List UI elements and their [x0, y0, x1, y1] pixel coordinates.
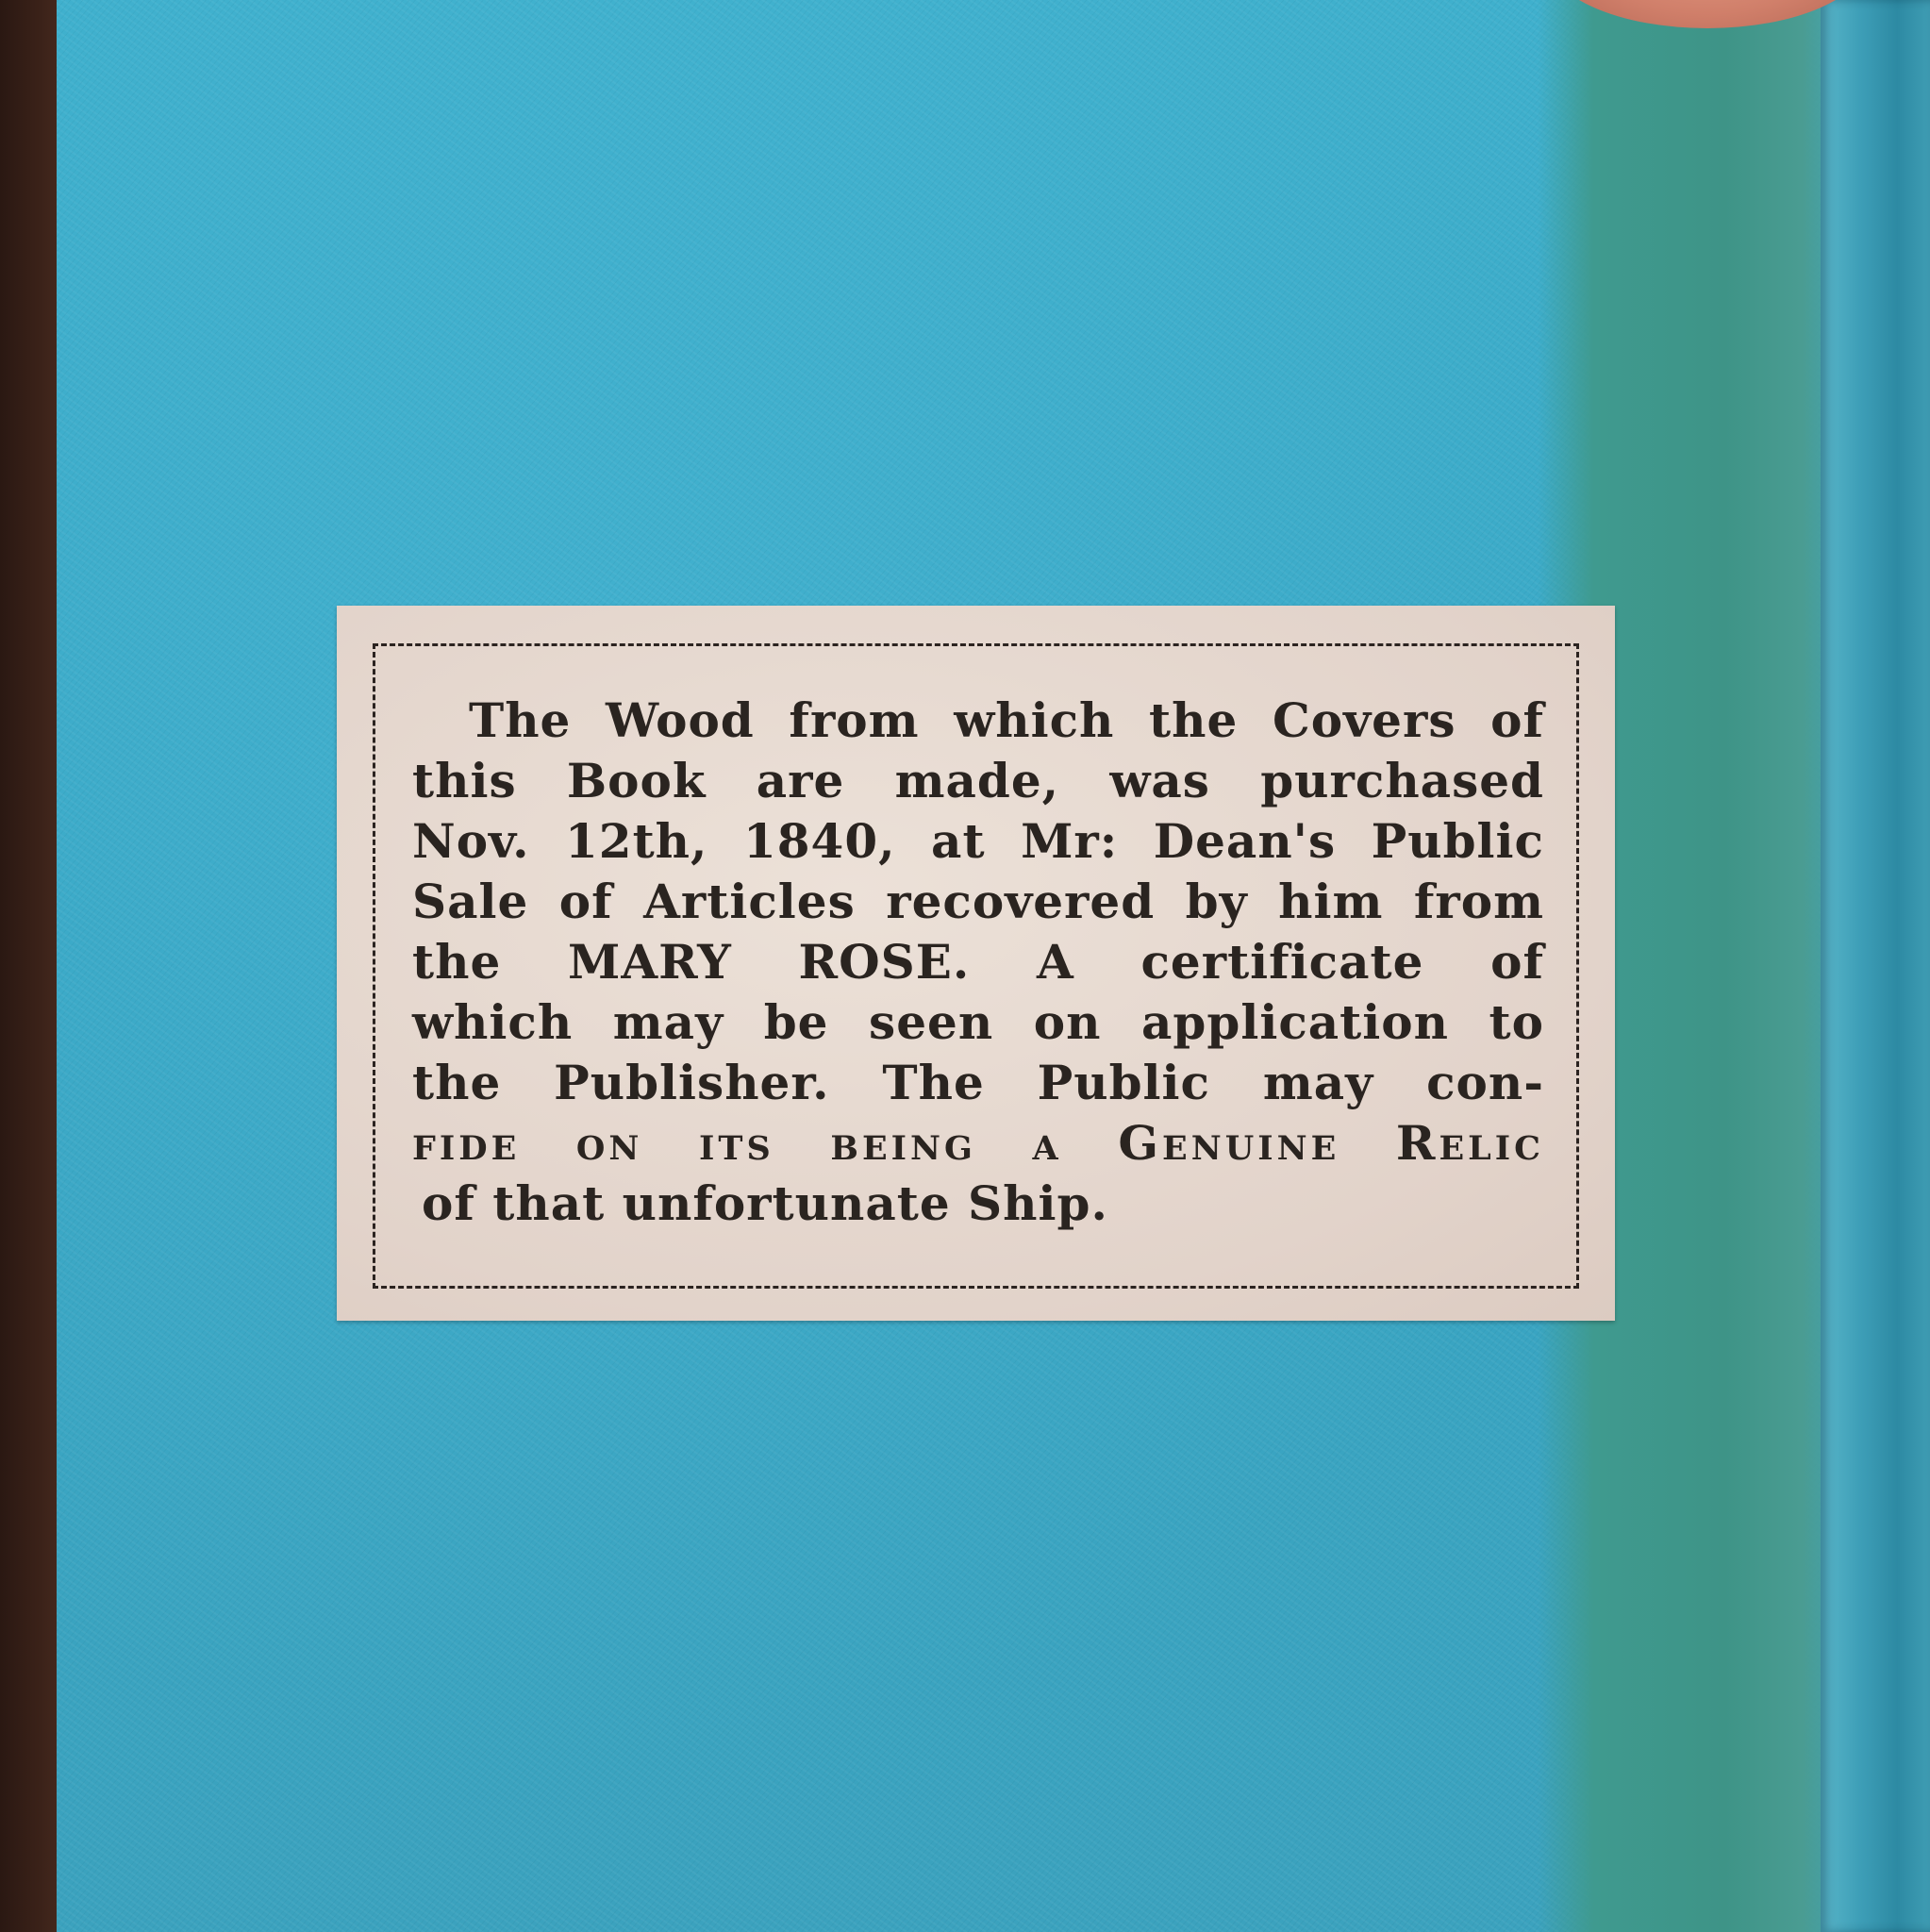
label-line: the Publisher. The Public may con- — [412, 1053, 1544, 1113]
label-line: Sale of Articles recovered by him from — [412, 872, 1544, 932]
label-line: the MARY ROSE. A certificate of — [412, 932, 1544, 992]
book-inside-cover: The Wood from which the Covers of this B… — [0, 0, 1930, 1932]
label-line: fide on its being a Genuine Relic — [412, 1113, 1544, 1174]
printed-label: The Wood from which the Covers of this B… — [337, 606, 1615, 1321]
label-line: The Wood from which the Covers of — [412, 691, 1544, 751]
label-line: this Book are made, was purchased — [412, 751, 1544, 811]
label-line: of that unfortunate Ship. — [412, 1174, 1544, 1234]
spine-fold — [1821, 0, 1930, 1932]
label-text: The Wood from which the Covers of this B… — [412, 691, 1544, 1234]
label-line: Nov. 12th, 1840, at Mr: Dean's Public — [412, 811, 1544, 872]
label-line: which may be seen on application to — [412, 992, 1544, 1053]
